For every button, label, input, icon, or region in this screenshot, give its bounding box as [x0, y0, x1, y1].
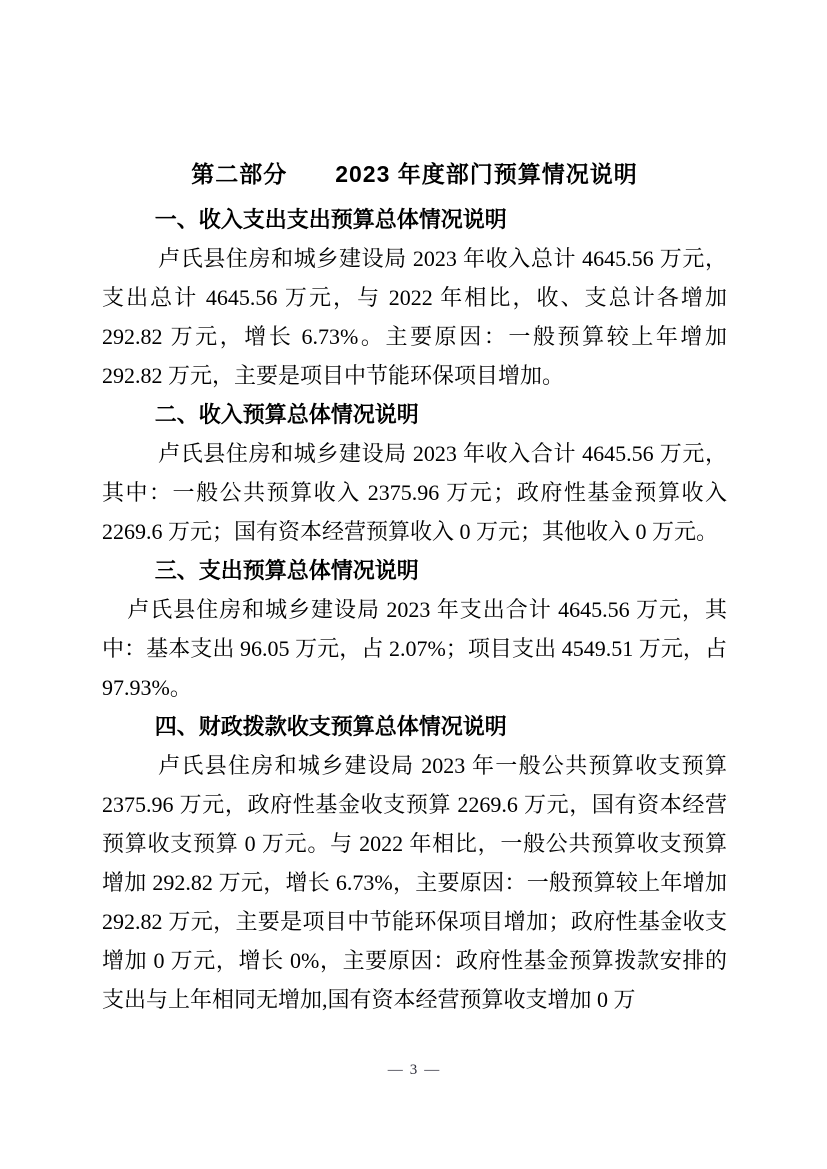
section-1-paragraph: 卢氏县住房和城乡建设局 2023 年收入总计 4645.56 万元，支出总计 4…: [102, 239, 727, 395]
section-4-heading: 四、财政拨款收支预算总体情况说明: [102, 707, 727, 746]
document-page: 第二部分 2023 年度部门预算情况说明 一、收入支出支出预算总体情况说明 卢氏…: [0, 0, 827, 1169]
document-title: 第二部分 2023 年度部门预算情况说明: [102, 155, 727, 194]
section-fiscal-appropriation-overview: 四、财政拨款收支预算总体情况说明 卢氏县住房和城乡建设局 2023 年一般公共预…: [102, 707, 727, 1019]
footer-left-dash: —: [388, 1062, 403, 1079]
section-2-heading: 二、收入预算总体情况说明: [102, 395, 727, 434]
section-4-paragraph: 卢氏县住房和城乡建设局 2023 年一般公共预算收支预算 2375.96 万元，…: [102, 746, 727, 1019]
section-3-paragraph: 卢氏县住房和城乡建设局 2023 年支出合计 4645.56 万元，其中：基本支…: [102, 590, 727, 707]
footer-right-dash: —: [424, 1062, 439, 1079]
section-3-heading: 三、支出预算总体情况说明: [102, 551, 727, 590]
section-1-heading: 一、收入支出支出预算总体情况说明: [102, 200, 727, 239]
section-expenditure-budget-overview: 三、支出预算总体情况说明 卢氏县住房和城乡建设局 2023 年支出合计 4645…: [102, 551, 727, 707]
section-income-budget-overview: 二、收入预算总体情况说明 卢氏县住房和城乡建设局 2023 年收入合计 4645…: [102, 395, 727, 551]
page-footer: —3—: [0, 1062, 827, 1079]
section-income-expenditure-overview: 一、收入支出支出预算总体情况说明 卢氏县住房和城乡建设局 2023 年收入总计 …: [102, 200, 727, 395]
footer-page-number: 3: [410, 1062, 418, 1078]
section-2-paragraph: 卢氏县住房和城乡建设局 2023 年收入合计 4645.56 万元，其中：一般公…: [102, 434, 727, 551]
